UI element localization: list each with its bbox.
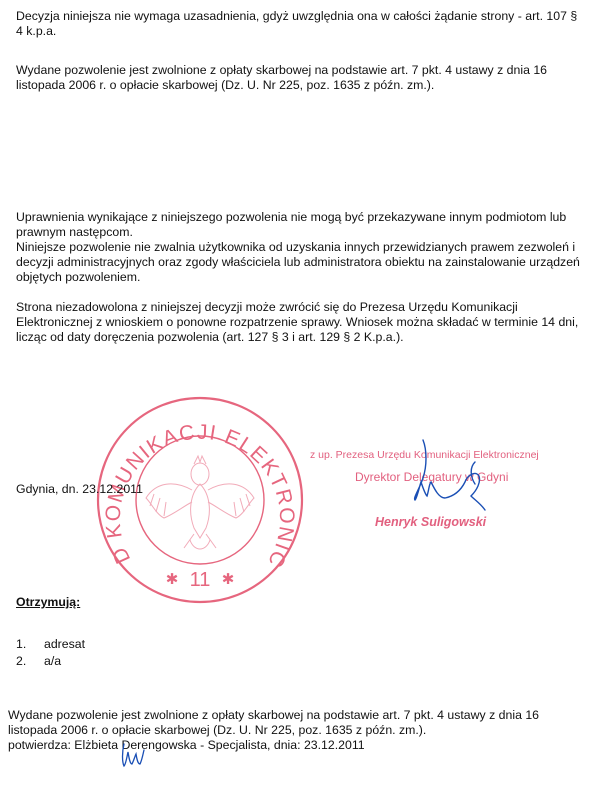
official-name: Henryk Suligowski: [375, 515, 486, 530]
footer-note: Wydane pozwolenie jest zwolnione z opłat…: [8, 708, 583, 753]
footer-fee-exemption: Wydane pozwolenie jest zwolnione z opłat…: [8, 708, 583, 738]
rights-paragraph: Uprawnienia wynikające z niniejszego poz…: [16, 210, 581, 285]
svg-text:11: 11: [190, 569, 211, 591]
recipients-heading: Otrzymują:: [16, 595, 80, 610]
official-stamp: URZĄD KOMUNIKACJI ELEKTRONICZNEJ 11 ✱ ✱: [94, 394, 306, 606]
place-date: Gdynia, dn. 23.12.2011: [16, 482, 143, 497]
recipients-list: 1. adresat 2. a/a: [16, 637, 85, 671]
list-item-label: adresat: [44, 637, 85, 654]
list-item: 2. a/a: [16, 654, 85, 671]
fee-exemption-paragraph: Wydane pozwolenie jest zwolnione z opłat…: [16, 63, 581, 93]
list-item-number: 1.: [16, 637, 44, 654]
justification-paragraph: Decyzja niniejsza nie wymaga uzasadnieni…: [16, 9, 581, 39]
list-item-number: 2.: [16, 654, 44, 671]
list-item-label: a/a: [44, 654, 61, 671]
svg-text:✱: ✱: [222, 570, 235, 588]
svg-text:✱: ✱: [166, 570, 179, 588]
appeal-paragraph: Strona niezadowolona z niniejszej decyzj…: [16, 300, 581, 345]
footer-confirmation: potwierdza: Elżbieta Derengowska - Specj…: [8, 738, 583, 753]
list-item: 1. adresat: [16, 637, 85, 654]
handwritten-signature: [405, 438, 495, 513]
initials-signature: [118, 742, 148, 770]
